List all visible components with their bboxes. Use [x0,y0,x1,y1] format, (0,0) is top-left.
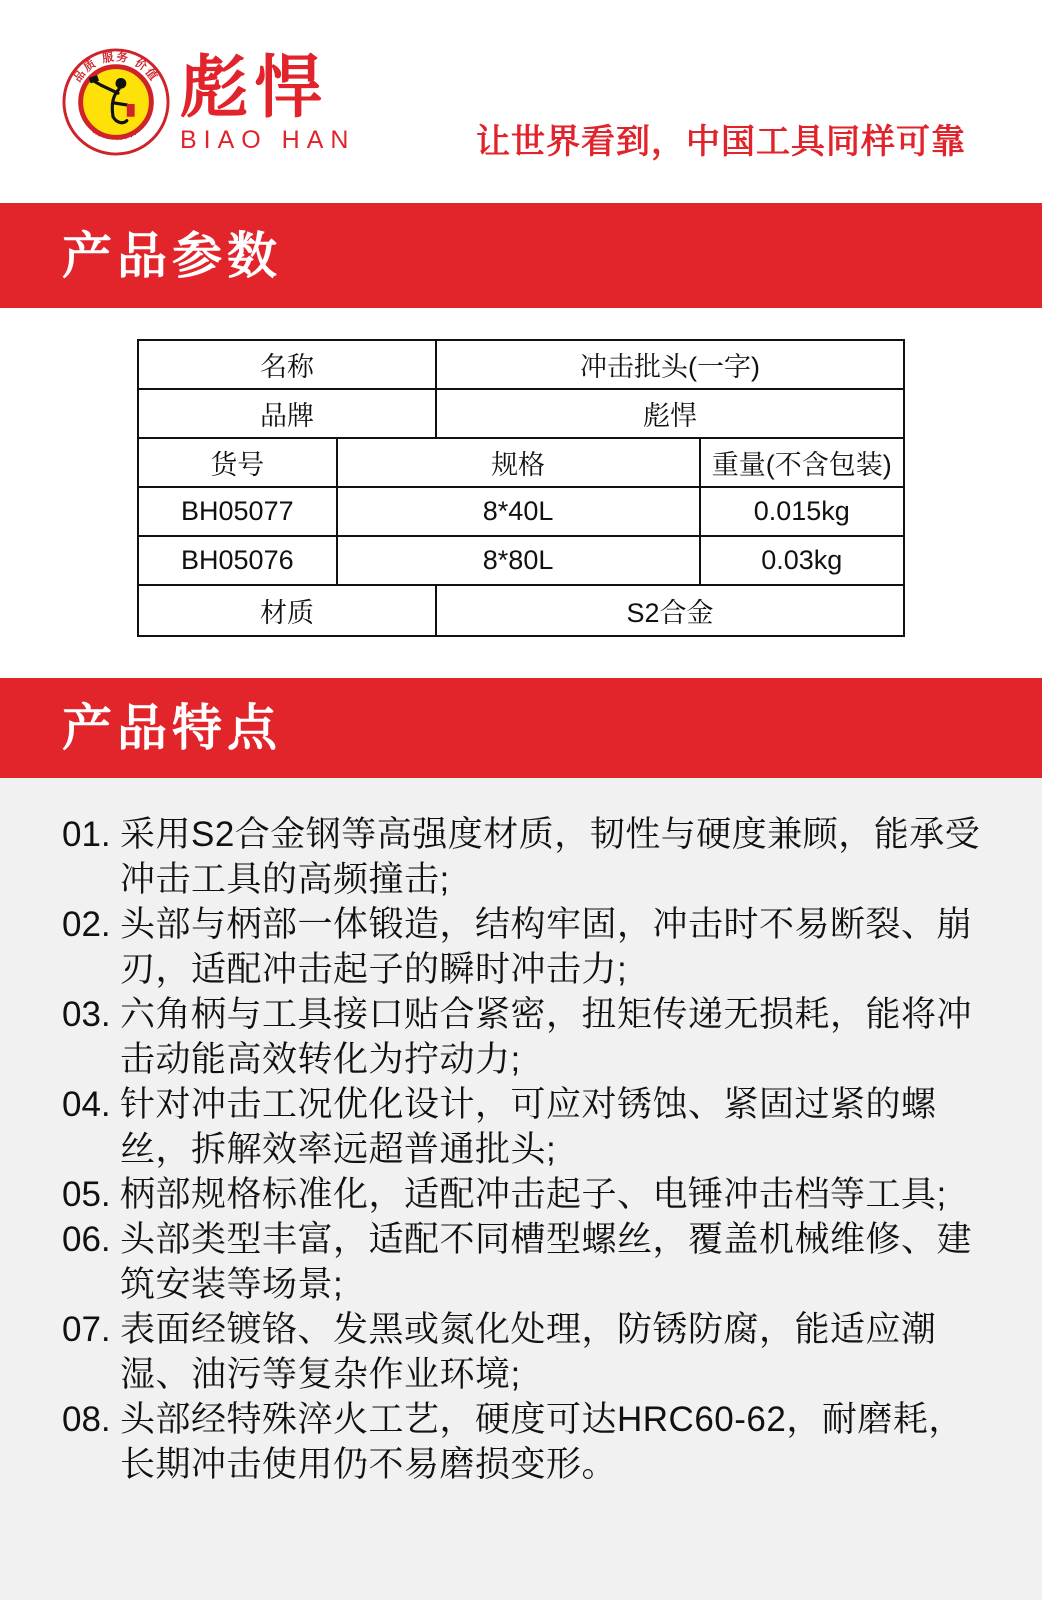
brand-label-cell: 品牌 [139,390,437,437]
spec-cell: 8*40L [338,488,701,535]
table-row-header: 货号 规格 重量(不含包装) [139,439,903,488]
feature-number: 03. [62,992,120,1037]
brand-value-cell: 彪悍 [437,390,903,437]
sku-cell: BH05077 [139,488,338,535]
spec-table: 名称 冲击批头(一字) 品牌 彪悍 货号 规格 重量(不含包装) BH05077… [137,339,905,637]
page-header: 品质 服务 价值 精工细作 彪悍 BIAO HAN 让 [0,0,1042,203]
spec-cell: 8*80L [338,537,701,584]
feature-text: 柄部规格标准化，适配冲击起子、电锤冲击档等工具; [120,1172,984,1217]
feature-number: 01. [62,812,120,857]
brand-tagline: 让世界看到，中国工具同样可靠 [476,114,966,163]
brand-name-en: BIAO HAN [180,126,355,155]
sku-cell: BH05076 [139,537,338,584]
feature-text: 头部与柄部一体锻造，结构牢固，冲击时不易断裂、崩刃，适配冲击起子的瞬时冲击力; [120,902,984,992]
sku-header-cell: 货号 [139,439,338,486]
feature-text: 表面经镀铬、发黑或氮化处理，防锈防腐，能适应潮湿、油污等复杂作业环境; [120,1307,984,1397]
list-item: 05. 柄部规格标准化，适配冲击起子、电锤冲击档等工具; [62,1172,984,1217]
spec-table-section: 名称 冲击批头(一字) 品牌 彪悍 货号 规格 重量(不含包装) BH05077… [0,308,1042,678]
brand-logo-group: 品质 服务 价值 精工细作 彪悍 BIAO HAN [62,48,355,156]
table-row-sku-1: BH05077 8*40L 0.015kg [139,488,903,537]
table-row-material: 材质 S2合金 [139,586,903,635]
params-section-title: 产品参数 [62,231,282,281]
spec-header-cell: 规格 [338,439,701,486]
list-item: 03. 六角柄与工具接口贴合紧密，扭矩传递无损耗，能将冲击动能高效转化为拧动力; [62,992,984,1082]
weight-header-cell: 重量(不含包装) [701,439,903,486]
logo-seal [127,104,135,117]
name-value-cell: 冲击批头(一字) [437,341,903,388]
feature-number: 08. [62,1397,120,1442]
product-detail-page: { "brand": { "name_cn": "彪悍", "name_en":… [0,0,1042,1600]
features-section-title: 产品特点 [62,703,282,753]
feature-number: 05. [62,1172,120,1217]
feature-text: 头部经特殊淬火工艺，硬度可达HRC60-62，耐磨耗，长期冲击使用仍不易磨损变形… [120,1397,984,1487]
feature-number: 07. [62,1307,120,1352]
weight-cell: 0.03kg [701,537,903,584]
features-list: 01. 采用S2合金钢等高强度材质，韧性与硬度兼顾，能承受冲击工具的高频撞击; … [0,778,1042,1600]
feature-number: 04. [62,1082,120,1127]
brand-name-cn: 彪悍 [180,54,355,122]
name-label-cell: 名称 [139,341,437,388]
feature-number: 02. [62,902,120,947]
list-item: 07. 表面经镀铬、发黑或氮化处理，防锈防腐，能适应潮湿、油污等复杂作业环境; [62,1307,984,1397]
brand-text-block: 彪悍 BIAO HAN [180,48,355,155]
material-label-cell: 材质 [139,586,437,635]
table-row-name: 名称 冲击批头(一字) [139,341,903,390]
features-section-banner: 产品特点 [0,678,1042,778]
feature-text: 六角柄与工具接口贴合紧密，扭矩传递无损耗，能将冲击动能高效转化为拧动力; [120,992,984,1082]
list-item: 08. 头部经特殊淬火工艺，硬度可达HRC60-62，耐磨耗，长期冲击使用仍不易… [62,1397,984,1487]
list-item: 04. 针对冲击工况优化设计，可应对锈蚀、紧固过紧的螺丝，拆解效率远超普通批头; [62,1082,984,1172]
weight-cell: 0.015kg [701,488,903,535]
material-value-cell: S2合金 [437,586,903,635]
feature-number: 06. [62,1217,120,1262]
table-row-brand: 品牌 彪悍 [139,390,903,439]
table-row-sku-2: BH05076 8*80L 0.03kg [139,537,903,586]
list-item: 02. 头部与柄部一体锻造，结构牢固，冲击时不易断裂、崩刃，适配冲击起子的瞬时冲… [62,902,984,992]
list-item: 06. 头部类型丰富，适配不同槽型螺丝，覆盖机械维修、建筑安装等场景; [62,1217,984,1307]
params-section-banner: 产品参数 [0,203,1042,308]
feature-text: 针对冲击工况优化设计，可应对锈蚀、紧固过紧的螺丝，拆解效率远超普通批头; [120,1082,984,1172]
feature-text: 采用S2合金钢等高强度材质，韧性与硬度兼顾，能承受冲击工具的高频撞击; [120,812,984,902]
feature-text: 头部类型丰富，适配不同槽型螺丝，覆盖机械维修、建筑安装等场景; [120,1217,984,1307]
brand-logo-icon: 品质 服务 价值 精工细作 [62,48,170,156]
list-item: 01. 采用S2合金钢等高强度材质，韧性与硬度兼顾，能承受冲击工具的高频撞击; [62,812,984,902]
